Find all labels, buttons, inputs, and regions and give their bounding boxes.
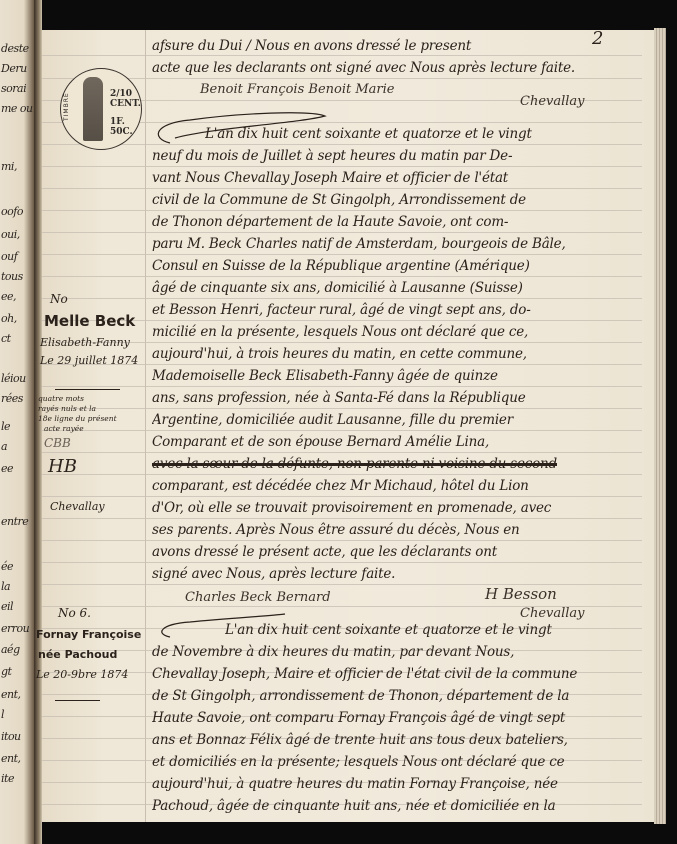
ruled-line (42, 408, 642, 409)
ruled-line (42, 166, 642, 167)
text-line: civil de la Commune de St Gingolph, Arro… (152, 192, 642, 208)
margin-entry-date: Le 29 juillet 1874 (40, 354, 138, 367)
ruled-line (42, 55, 642, 56)
witness-signatures: Benoit François Benoit Marie (200, 82, 394, 97)
ruled-line (42, 188, 642, 189)
left-page-fragment: ent, (1, 688, 21, 701)
ruled-line (42, 232, 642, 233)
text-line: d'Or, où elle se trouvait provisoirement… (152, 500, 642, 516)
text-line: et Besson Henri, facteur rural, âgé de v… (152, 302, 642, 318)
ruled-line (42, 452, 642, 453)
ruled-line (42, 254, 642, 255)
left-page-fragment: léiou (1, 372, 26, 385)
margin-annotation: acte rayée (44, 424, 84, 433)
left-page-fragment: aég (1, 643, 20, 656)
page-stack-edge (654, 28, 666, 824)
ruled-line (42, 210, 642, 211)
left-page-fragment: gt (1, 665, 11, 678)
left-page-fragment: me ou (1, 102, 33, 115)
text-line: ans, sans profession, née à Santa-Fé dan… (152, 390, 642, 406)
ruled-line (42, 386, 642, 387)
text-line: aujourd'hui, à quatre heures du matin Fo… (152, 776, 642, 792)
left-page-fragment: ct (1, 332, 11, 345)
text-line: de Thonon département de la Haute Savoie… (152, 214, 642, 230)
text-line: âgé de cinquante six ans, domicilié à La… (152, 280, 642, 296)
text-line: L'an dix huit cent soixante et quatorze … (225, 622, 645, 638)
ruled-line (42, 144, 642, 145)
left-page-fragment: mi, (1, 160, 17, 173)
margin-entry-date: Le 20-9bre 1874 (36, 668, 128, 681)
text-line: ans et Bonnaz Félix âgé de trente huit a… (152, 732, 642, 748)
text-line: comparant, est décédée chez Mr Michaud, … (152, 478, 642, 494)
text-line: aujourd'hui, à trois heures du matin, en… (152, 346, 642, 362)
text-line: afsure du Dui / Nous en avons dressé le … (152, 38, 642, 54)
stamp-label: TIMBRE (63, 92, 70, 121)
left-page-fragment: ite (1, 772, 14, 785)
witness-signatures: Charles Beck Bernard (185, 590, 331, 605)
margin-entry-title: Melle Beck (44, 312, 135, 330)
margin-entry-title: Fornay Françoise (36, 628, 141, 641)
left-page-fragment: entre (1, 515, 28, 528)
left-page-fragment: Deru (1, 62, 27, 75)
margin-annotation: 18e ligne du présent (38, 414, 117, 423)
struck-text-line: avec la sœur de la défunte, non parente … (152, 456, 642, 472)
text-line: et domiciliés en la présente; lesquels N… (152, 754, 642, 770)
left-page-fragment: l (1, 708, 4, 721)
text-line: neuf du mois de Juillet à sept heures du… (152, 148, 642, 164)
left-page-fragment: le (1, 420, 10, 433)
left-page-fragment: sorai (1, 82, 26, 95)
text-line: avons dressé le présent acte, que les dé… (152, 544, 642, 560)
ruled-line (42, 518, 642, 519)
ruled-line (42, 474, 642, 475)
ruled-line (42, 342, 642, 343)
left-page-fragment: la (1, 580, 10, 593)
margin-divider (55, 389, 120, 390)
text-line: paru M. Beck Charles natif de Amsterdam,… (152, 236, 642, 252)
justice-figure-icon (83, 77, 103, 141)
left-page-fragment: ee (1, 462, 13, 475)
margin-divider (55, 700, 100, 701)
left-page-fragment: ée (1, 560, 13, 573)
text-line: Consul en Suisse de la République argent… (152, 258, 642, 274)
left-page-fragment: a (1, 440, 7, 453)
margin-mayor-signature: Chevallay (50, 500, 105, 513)
left-page-fragment: oui, (1, 228, 20, 241)
text-line: Haute Savoie, ont comparu Fornay Françoi… (152, 710, 642, 726)
left-page-fragment: eil (1, 600, 13, 613)
witness-signature: H Besson (485, 585, 557, 603)
text-line: Pachoud, âgée de cinquante huit ans, née… (152, 798, 642, 814)
stamp-value-top: 2/10 CENT. (110, 89, 141, 109)
stamp-value-bottom: 1F. 50C. (110, 117, 141, 137)
text-line: micilié en la présente, lesquels Nous on… (152, 324, 642, 340)
text-line: signé avec Nous, après lecture faite. (152, 566, 642, 582)
left-facing-page: deste Deru sorai me ou mi, oofo oui, ouf… (0, 0, 34, 844)
mayor-signature: Chevallay (520, 94, 585, 109)
left-page-fragment: rées (1, 392, 23, 405)
margin-initials-signature: HB (48, 456, 77, 477)
ruled-line (42, 298, 642, 299)
left-page-fragment: itou (1, 730, 21, 743)
margin-line (145, 30, 146, 822)
left-page-fragment: oofo (1, 205, 23, 218)
text-line: Chevallay Joseph, Maire et officier de l… (152, 666, 642, 682)
margin-entry-name: Elisabeth-Fanny (40, 336, 130, 349)
ruled-line (42, 430, 642, 431)
text-line: acte que les declarants ont signé avec N… (152, 60, 642, 76)
left-page-fragment: errou (1, 622, 29, 635)
margin-entry-name: née Pachoud (38, 648, 117, 661)
left-page-fragment: oh, (1, 312, 17, 325)
ruled-line (42, 276, 642, 277)
margin-annotation: quatre mots (38, 394, 84, 403)
tax-stamp: TIMBRE 2/10 CENT. 1F. 50C. (60, 68, 142, 150)
mayor-signature: Chevallay (520, 606, 585, 621)
left-page-fragment: tous (1, 270, 23, 283)
margin-entry-number: No (50, 292, 68, 306)
left-page-fragment: ent, (1, 752, 21, 765)
left-page-fragment: ouf (1, 250, 17, 263)
margin-initials: CBB (44, 436, 71, 450)
left-page-fragment: deste (1, 42, 29, 55)
ruled-line (42, 540, 642, 541)
text-line: de Novembre à dix heures du matin, par d… (152, 644, 642, 660)
text-line: L'an dix huit cent soixante et quatorze … (205, 126, 645, 142)
text-line: Argentine, domiciliée audit Lausanne, fi… (152, 412, 642, 428)
text-line: vant Nous Chevallay Joseph Maire et offi… (152, 170, 642, 186)
margin-annotation: rayés nuls et la (38, 404, 96, 413)
ruled-line (42, 496, 642, 497)
ruled-line (42, 562, 642, 563)
text-line: Comparant et de son épouse Bernard Améli… (152, 434, 642, 450)
text-line: Mademoiselle Beck Elisabeth-Fanny âgée d… (152, 368, 642, 384)
margin-entry-number: No 6. (58, 606, 91, 620)
left-page-fragment: ee, (1, 290, 16, 303)
text-line: de St Gingolph, arrondissement de Thonon… (152, 688, 642, 704)
text-line: ses parents. Après Nous être assuré du d… (152, 522, 642, 538)
ruled-line (42, 78, 642, 79)
